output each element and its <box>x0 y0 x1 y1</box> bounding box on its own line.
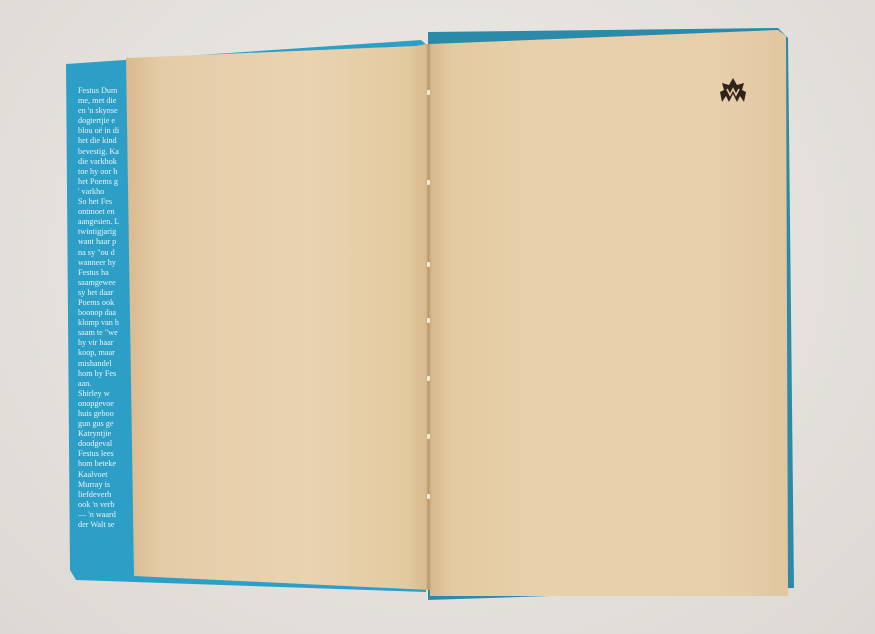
flap-text-line: Murray is <box>78 480 134 490</box>
binding-stitch <box>427 318 430 323</box>
flap-text-line: mishandel <box>78 359 134 369</box>
flap-text-line: twintigjarig <box>78 227 134 237</box>
flap-text-line: het Poems g <box>78 177 134 187</box>
flap-text-line: hom beteke <box>78 459 134 469</box>
binding-stitch <box>427 494 430 499</box>
flap-text-line: klomp van h <box>78 318 134 328</box>
flap-text-line: saam te "we <box>78 328 134 338</box>
flap-text-line: hom by Fes <box>78 369 134 379</box>
flap-text-line: die varkhok <box>78 157 134 167</box>
flap-text-line: dogtertjie e <box>78 116 134 126</box>
flap-text-line: aangesien. L <box>78 217 134 227</box>
flap-text-line: me, met die <box>78 96 134 106</box>
binding-stitch <box>427 180 430 185</box>
binding-stitch <box>427 262 430 267</box>
flap-text-line: saamgewee <box>78 278 134 288</box>
flap-text-line: toe hy oor h <box>78 167 134 177</box>
binding-stitch <box>427 434 430 439</box>
flap-text-line: Poems ook <box>78 298 134 308</box>
binding-stitch <box>427 376 430 381</box>
flap-text-line: ook 'n verb <box>78 500 134 510</box>
flap-text-line: ontmoet en <box>78 207 134 217</box>
flap-text-line: koop, maar <box>78 348 134 358</box>
flap-text-line: ' varkho <box>78 187 134 197</box>
flap-text-line: Festus Dum <box>78 86 134 96</box>
flap-text-line: So het Fes <box>78 197 134 207</box>
flap-text-line: en 'n skynse <box>78 106 134 116</box>
flap-text-line: doodgeval <box>78 439 134 449</box>
flap-text-line: boonop daa <box>78 308 134 318</box>
flap-text-line: Shirley w <box>78 389 134 399</box>
flap-text-line: onopgevoe <box>78 399 134 409</box>
book-gutter <box>426 44 432 590</box>
right-page <box>430 30 788 598</box>
flap-text-line: Festus ha <box>78 268 134 278</box>
flap-text-line: sy het daar <box>78 288 134 298</box>
binding-stitch <box>427 90 430 95</box>
flap-text-line: want haar p <box>78 237 134 247</box>
flap-text-line: huis geboo <box>78 409 134 419</box>
flap-text-line: gun gus ge <box>78 419 134 429</box>
flap-text-line: wanneer hy <box>78 258 134 268</box>
flap-text-line: aan. <box>78 379 134 389</box>
left-page <box>126 44 430 590</box>
flap-text-line: — 'n waard <box>78 510 134 520</box>
flap-text-line: na sy "ou d <box>78 248 134 258</box>
flap-text-line: blou oë in di <box>78 126 134 136</box>
flap-text-line: hy vir haar <box>78 338 134 348</box>
flap-text-line: liefdeverh <box>78 490 134 500</box>
dust-jacket-flap-text: Festus Dumme, met dieen 'n skynsedogtert… <box>78 86 134 568</box>
flap-text-line: Katryntjie <box>78 429 134 439</box>
flap-text-line: bevestig. Ka <box>78 147 134 157</box>
flap-text-line: Festus lees <box>78 449 134 459</box>
flap-text-line: het die kind <box>78 136 134 146</box>
flap-text-line: der Walt se <box>78 520 134 530</box>
flap-text-line: Kaalvoet <box>78 470 134 480</box>
crown-logo-icon <box>716 78 750 104</box>
